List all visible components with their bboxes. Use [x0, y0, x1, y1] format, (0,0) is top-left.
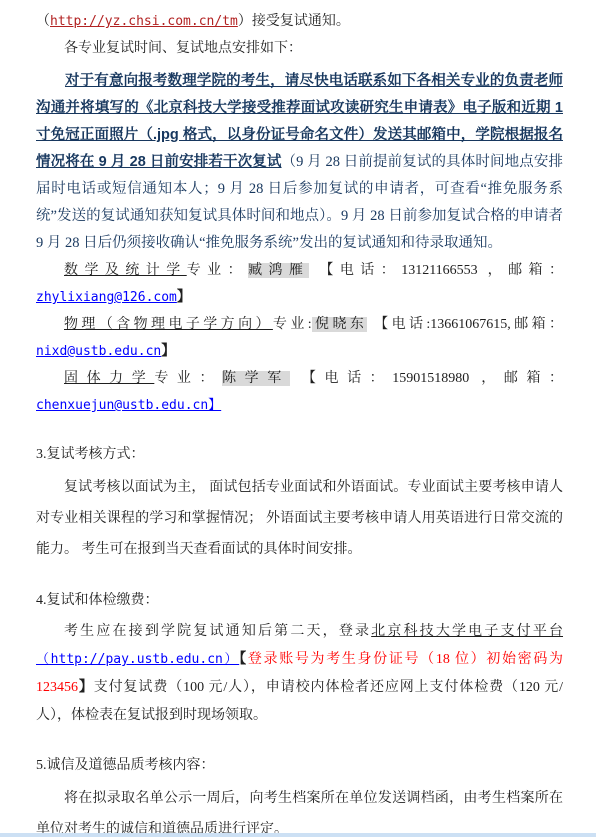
schedule-line: 各专业复试时间、复试地点安排如下：	[36, 35, 563, 62]
bracket-open: 【	[239, 652, 248, 667]
section-3-heading: 3.复试考核方式：	[36, 441, 563, 468]
major-name-math: 数学及统计学	[64, 263, 187, 278]
contact-person-highlight: 陈学军	[222, 371, 290, 386]
contact-row-physics: 物理（含物理电子学方向）专业:倪晓东 【电话:13661067615,邮箱：ni…	[36, 311, 563, 365]
email-link-math[interactable]: zhylixiang@126.com	[36, 290, 177, 305]
payment-platform-name: 北京科技大学电子支付平台	[371, 624, 563, 639]
contact-info: 【电话:13661067615,邮箱：	[367, 317, 563, 332]
contact-info: 【电话：13121166553 ，邮箱：	[309, 263, 563, 278]
section-3-body: 复试考核以面试为主， 面试包括专业面试和外语面试。专业面试主要考核申请人对专业相…	[36, 472, 563, 565]
major-sep: 专业：	[154, 371, 222, 386]
intro-pre-text: （	[36, 14, 50, 29]
intro-post-text: ）接受复试通知。	[238, 14, 350, 29]
major-name-physics: 物理（含物理电子学方向）	[64, 317, 273, 332]
major-sep: 专业：	[187, 263, 248, 278]
payment-pre-text: 考生应在接到学院复试通知后第二天，登录	[64, 624, 371, 639]
page: （http://yz.chsi.com.cn/tm）接受复试通知。 各专业复试时…	[0, 0, 596, 837]
notice-paragraph: 对于有意向报考数理学院的考生，请尽快电话联系如下各相关专业的负责老师沟通并将填写…	[36, 68, 563, 257]
closing-bracket: 】	[177, 290, 191, 305]
contact-person-highlight: 倪晓东	[312, 317, 368, 332]
chsi-url-link[interactable]: http://yz.chsi.com.cn/tm	[50, 14, 238, 29]
contact-info: 【电话：15901518980 ，邮箱：	[290, 371, 563, 386]
pay-url-link[interactable]: （http://pay.ustb.edu.cn）	[36, 652, 239, 667]
email-link-physics[interactable]: nixd@ustb.edu.cn	[36, 344, 161, 359]
document-page: { "colors": { "navy_notice": "#17375E", …	[0, 0, 596, 837]
major-sep: 专业:	[273, 317, 312, 332]
window-bottom-edge	[0, 833, 596, 837]
closing-bracket: 】	[161, 344, 175, 359]
contact-person-highlight: 臧鸿雁	[248, 263, 309, 278]
payment-paragraph: 考生应在接到学院复试通知后第二天，登录北京科技大学电子支付平台（http://p…	[36, 618, 563, 730]
major-name-mechanics: 固体力学	[64, 371, 154, 386]
intro-line: （http://yz.chsi.com.cn/tm）接受复试通知。	[36, 8, 563, 35]
contact-row-math: 数学及统计学专业：臧鸿雁 【电话：13121166553 ，邮箱：zhylixi…	[36, 257, 563, 311]
bracket-close: 】	[78, 680, 94, 695]
section-4-heading: 4.复试和体检缴费：	[36, 587, 563, 614]
email-link-mechanics[interactable]: chenxuejun@ustb.edu.cn】	[36, 398, 221, 413]
payment-post-text: 支付复试费（100 元/人），申请校内体检者还应网上支付体检费（120 元/人）…	[36, 680, 563, 723]
contact-row-mechanics: 固体力学专业：陈学军 【电话：15901518980 ，邮箱：chenxueju…	[36, 365, 563, 419]
section-5-body: 将在拟录取名单公示一周后，向考生档案所在单位发送调档函，由考生档案所在单位对考生…	[36, 783, 563, 837]
section-5-heading: 5.诚信及道德品质考核内容：	[36, 752, 563, 779]
